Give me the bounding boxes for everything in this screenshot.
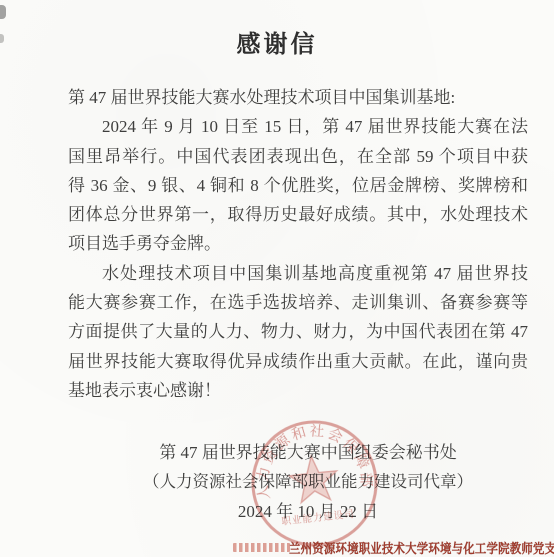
body-line: 能大赛参赛工作，在选手选拔培养、走训集训、备赛参赛等 [68,288,528,317]
body-line: 水处理技术项目中国集训基地高度重视第 47 届世界技 [68,259,528,288]
body-line: 团体总分世界第一，取得历史最好成绩。其中，水处理技术 [68,200,528,229]
body-line: 基地表示衷心感谢！ [68,376,528,405]
body-line: 国里昂举行。中国代表团表现出色，在全部 59 个项目中获 [68,142,528,171]
seal-star-icon [287,454,339,504]
official-red-seal: 人力资源和社会保障部 职业能力建设司 [243,412,387,556]
body-line: 得 36 金、9 银、4 铜和 8 个优胜奖，位居金牌榜、奖牌榜和 [68,171,528,200]
scanned-letter-page: 感谢信 第 47 届世界技能大赛水处理技术项目中国集训基地: 2024 年 9 … [0,0,554,557]
illegible-micro-stamp-text [233,543,290,552]
body-line: 项目选手勇夺金牌。 [68,229,528,258]
seal-bottom-text: 职业能力建设司 [281,508,355,528]
party-branch-watermark: 兰州资源环境职业技术大学环境与化工学院教师党支部 [289,538,554,557]
body-line: 届世界技能大赛取得优异成绩作出重大贡献。在此，谨向贵 [68,347,528,376]
body-line: 方面提供了大量的人力、物力、财力，为中国代表团在第 47 [68,317,528,346]
letter-title: 感谢信 [0,24,554,59]
body-line: 2024 年 9 月 10 日至 15 日，第 47 届世界技能大赛在法 [68,112,528,141]
letter-body: 第 47 届世界技能大赛水处理技术项目中国集训基地: 2024 年 9 月 10… [68,83,528,405]
scan-smudge [0,5,6,19]
salutation-line: 第 47 届世界技能大赛水处理技术项目中国集训基地: [68,83,528,112]
